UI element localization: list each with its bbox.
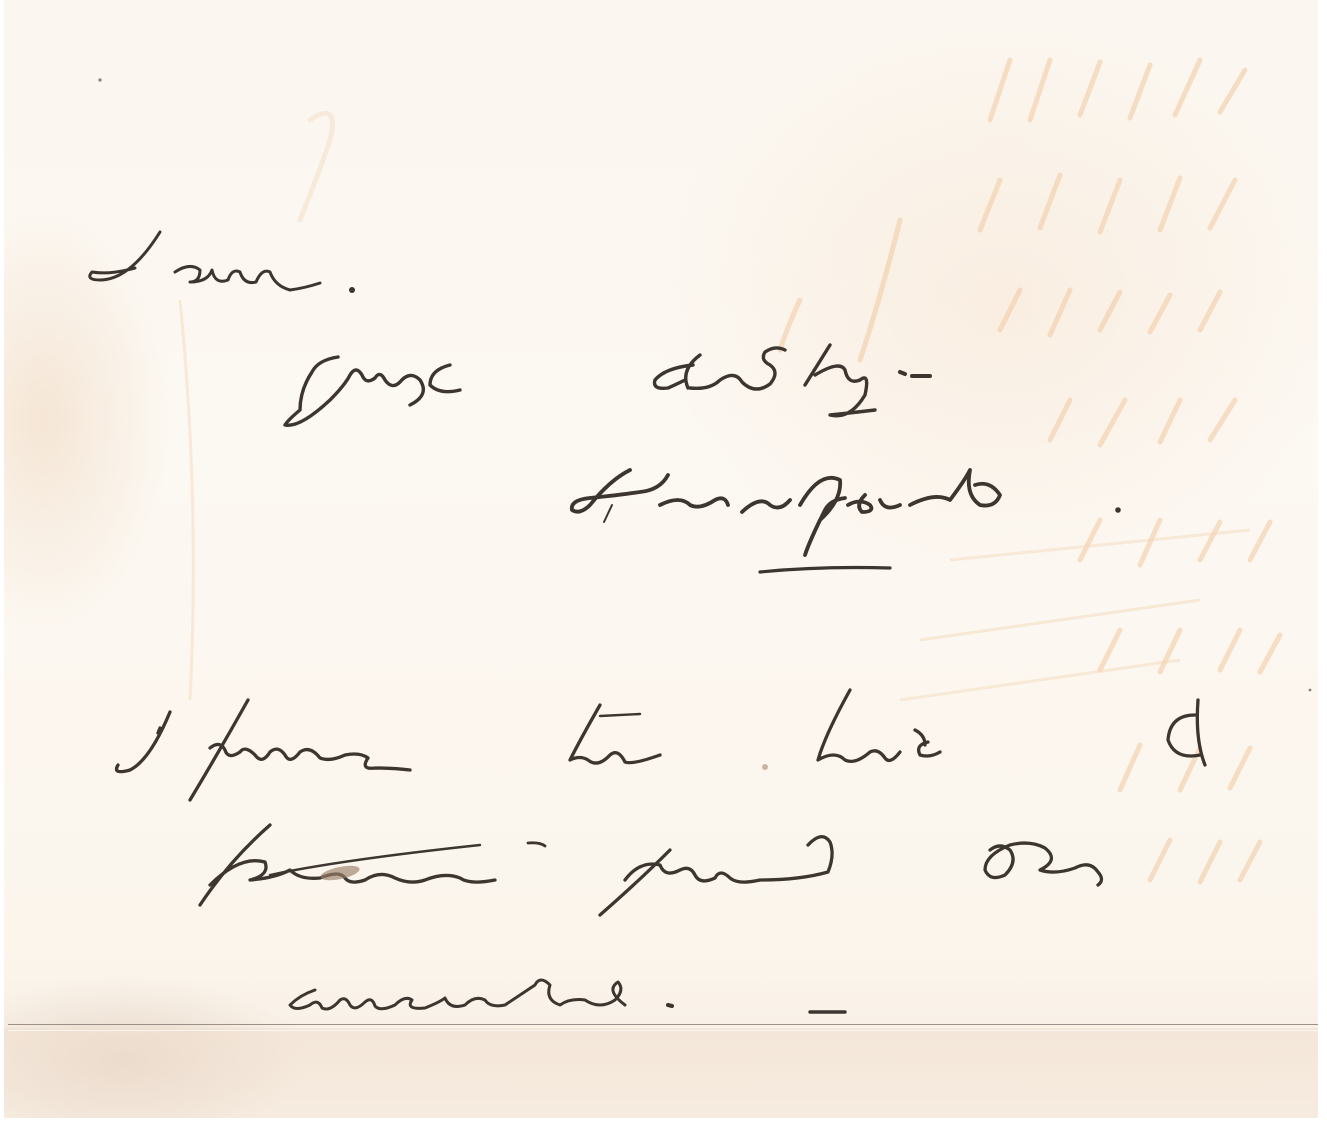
postscript-line-1: I presume the line of	[105, 690, 1215, 780]
signature-text: Hereford.	[565, 465, 566, 466]
postscript-text-3: amended.--	[285, 975, 286, 976]
closing-text-yours-obedtly: Yours obedtly.--	[280, 350, 281, 351]
postscript-text-1: I presume the line of	[105, 690, 106, 691]
postscript-line-3: amended.--	[285, 975, 855, 1020]
closing-line-i-am: I am.	[90, 245, 370, 295]
signature-hereford: Hereford.	[565, 465, 1125, 575]
closing-text-i-am: I am.	[90, 245, 91, 246]
postscript-text-2: practice pursued to be	[190, 825, 191, 826]
closing-line-yours: Yours obedtly.--	[280, 350, 940, 430]
postscript-line-2: practice pursued to be	[190, 825, 1110, 915]
